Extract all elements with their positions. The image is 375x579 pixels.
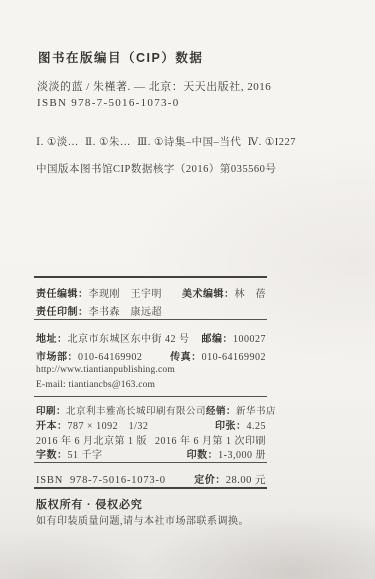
word-count-value: 51 千字 [68, 450, 103, 461]
postcode-value: 100027 [233, 334, 266, 345]
divider-staff-contact [34, 319, 267, 320]
print-run: 印数：1-3,000 册 [187, 446, 266, 461]
publisher-email: E-mail: tiantiancbs@163.com [36, 380, 155, 390]
fax: 传真：010-64169902 [170, 348, 266, 363]
responsible-editor: 责任编辑：李现刚 王宇明 [36, 285, 162, 300]
divider-contact-printing [34, 396, 267, 397]
market-dept-value: 010-64169902 [78, 352, 142, 363]
print-run-value: 1-3,000 册 [218, 450, 266, 461]
address-label: 地址： [36, 334, 68, 345]
format-value: 787 × 1092 1/32 [68, 421, 149, 432]
phone-row: 市场部：010-64169902 传真：010-64169902 [36, 348, 266, 363]
distributor-label: 经销： [206, 406, 236, 417]
postcode: 邮编：100027 [202, 330, 267, 345]
address-row: 地址：北京市东城区东中街 42 号 邮编：100027 [36, 330, 266, 345]
printer-label: 印刷： [36, 406, 66, 417]
sheets-label: 印张： [215, 421, 247, 432]
address: 地址：北京市东城区东中街 42 号 [36, 330, 190, 345]
print-run-label: 印数： [187, 450, 219, 461]
isbn-number: ISBN 978-7-5016-1073-0 [36, 475, 166, 486]
cip-title-line: 淡淡的蓝 / 朱槿著. — 北京：天天出版社, 2016 [37, 78, 271, 94]
format-label: 开本： [36, 421, 68, 432]
market-dept-label: 市场部： [36, 352, 78, 363]
publisher-website: http://www.tiantianpublishing.com [36, 365, 175, 375]
cip-registry-line: 中国版本图书馆CIP数据核字（2016）第035560号 [36, 161, 276, 176]
edition-row: 2016 年 6 月北京第 1 版 2016 年 6 月第 1 次印刷 [36, 432, 266, 447]
responsible-editor-label: 责任编辑： [36, 289, 89, 300]
market-dept: 市场部：010-64169902 [36, 348, 142, 363]
distributor: 经销：新华书店 [206, 403, 276, 417]
sheets: 印张：4.25 [215, 417, 266, 432]
price-value: 28.00 元 [226, 475, 266, 486]
art-editor-names: 林 蓓 [235, 289, 267, 300]
word-count-label: 字数： [36, 450, 68, 461]
distributor-value: 新华书店 [236, 407, 276, 417]
cip-isbn-line: ISBN 978-7-5016-1073-0 [37, 97, 180, 109]
postcode-label: 邮编： [202, 334, 234, 345]
printer: 印刷：北京利丰雅高长城印刷有限公司 [36, 403, 206, 417]
print-supervisor: 责任印制：李书森 康远超 [36, 303, 162, 318]
word-count: 字数：51 千字 [36, 446, 103, 461]
edition-line: 2016 年 6 月北京第 1 版 [36, 432, 147, 447]
print-supervisor-names: 李书森 康远超 [89, 307, 163, 318]
price-label: 定价： [194, 475, 226, 486]
fax-label: 传真： [170, 352, 202, 363]
cip-heading: 图书在版编目（CIP）数据 [38, 48, 203, 66]
price: 定价：28.00 元 [194, 471, 266, 487]
impression-line: 2016 年 6 月第 1 次印刷 [155, 432, 266, 447]
book-copyright-page: 图书在版编目（CIP）数据 淡淡的蓝 / 朱槿著. — 北京：天天出版社, 20… [0, 0, 375, 579]
staff-editors-row: 责任编辑：李现刚 王宇明 美术编辑：林 蓓 [36, 285, 266, 300]
divider-bottom [34, 487, 267, 489]
print-supervisor-label: 责任印制： [36, 307, 89, 318]
staff-printing-row: 责任印制：李书森 康远超 [36, 303, 266, 318]
cip-classification-line: Ⅰ. ①淡… Ⅱ. ①朱… Ⅲ. ①诗集–中国–当代 Ⅳ. ①I227 [36, 134, 296, 149]
format: 开本：787 × 1092 1/32 [36, 417, 148, 432]
isbn-price-row: ISBN 978-7-5016-1073-0 定价：28.00 元 [36, 471, 266, 487]
printer-row: 印刷：北京利丰雅高长城印刷有限公司 经销：新华书店 [36, 403, 266, 417]
printer-value: 北京利丰雅高长城印刷有限公司 [66, 407, 206, 417]
copyright-rights-line: 版权所有 · 侵权必究 [36, 496, 143, 512]
address-value: 北京市东城区东中街 42 号 [68, 334, 190, 345]
responsible-editor-names: 李现刚 王宇明 [89, 289, 163, 300]
fax-value: 010-64169902 [202, 352, 266, 363]
word-count-row: 字数：51 千字 印数：1-3,000 册 [36, 446, 266, 461]
divider-printing-isbn [34, 462, 267, 463]
quality-exchange-note: 如有印装质量问题,请与本社市场部联系调换。 [36, 512, 249, 527]
art-editor-label: 美术编辑： [182, 289, 235, 300]
art-editor: 美术编辑：林 蓓 [182, 285, 266, 300]
format-row: 开本：787 × 1092 1/32 印张：4.25 [36, 417, 266, 432]
divider-top [34, 276, 267, 278]
sheets-value: 4.25 [247, 421, 267, 432]
